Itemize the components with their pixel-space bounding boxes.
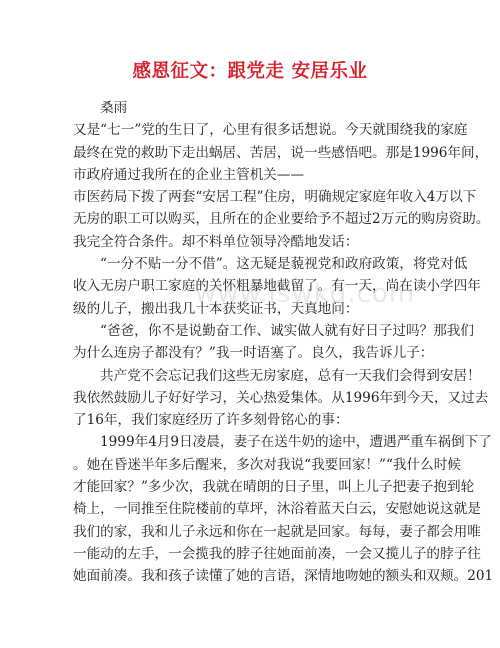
text-line: 市政府通过我所在的企业主管机关—— bbox=[73, 164, 425, 186]
paragraph-lines: 又是“七一”党的生日了，心里有很多话想说。今天就围绕我的家庭最终在党的救助下走出… bbox=[73, 119, 425, 587]
text-line: “一分不贴一分不借”。这无疑是藐视党和政府政策，将党对低 bbox=[73, 253, 425, 275]
text-line: 我完全符合条件。却不料单位领导冷酷地发话： bbox=[73, 231, 425, 253]
text-line: 了16年，我们家庭经历了许多刻骨铭心的事： bbox=[73, 409, 425, 431]
text-line: 最终在党的救助下走出蜗居、苦居，说一些感悟吧。那是1996年间， bbox=[73, 142, 425, 164]
text-line: 她面前凑。我和孩子读懂了她的言语，深情地吻她的额头和双颊。201 bbox=[73, 565, 425, 587]
text-line: 收入无房户职工家庭的关怀粗暴地截留了。有一天，尚在读小学四年 bbox=[73, 275, 425, 297]
text-line: 椅上，一同推至住院楼前的草坪，沐浴着蓝天白云，安慰她说这就是 bbox=[73, 498, 425, 520]
document-body: 桑雨 又是“七一”党的生日了，心里有很多话想说。今天就围绕我的家庭最终在党的救助… bbox=[73, 97, 425, 588]
text-line: 才能回家？”多少次，我就在晴朗的日子里，叫上儿子把妻子抱到轮 bbox=[73, 476, 425, 498]
document-page: 感恩征文：跟党走 安居乐业 桑雨 又是“七一”党的生日了，心里有很多话想说。今天… bbox=[0, 0, 500, 648]
text-line: 一能动的左手，一会揽我的脖子往她面前凑，一会又揽儿子的脖子往 bbox=[73, 543, 425, 565]
text-line: 共产党不会忘记我们这些无房家庭，总有一天我们会得到安居！ bbox=[73, 365, 425, 387]
text-line: 1999年4月9日凌晨，妻子在送牛奶的途中，遭遇严重车祸倒下了 bbox=[73, 431, 425, 453]
document-title: 感恩征文：跟党走 安居乐业 bbox=[0, 59, 500, 85]
text-line: 无房的职工可以购买，且所在的企业要给予不超过2万元的购房资助。 bbox=[73, 208, 425, 230]
text-line: 市医药局下拨了两套“安居工程”住房，明确规定家庭年收入4万以下 bbox=[73, 186, 425, 208]
text-line: 为什么连房子都没有？”我一时语塞了。良久，我告诉儿子： bbox=[73, 342, 425, 364]
text-line: 。她在昏迷半年多后醒来，多次对我说“我要回家！”“我什么时候 bbox=[73, 454, 425, 476]
text-line: 我们的家，我和儿子永远和你在一起就是回家。每每，妻子都会用唯 bbox=[73, 521, 425, 543]
text-line: “爸爸，你不是说勤奋工作、诚实做人就有好日子过吗？那我们 bbox=[73, 320, 425, 342]
text-line: 又是“七一”党的生日了，心里有很多话想说。今天就围绕我的家庭 bbox=[73, 119, 425, 141]
author-name: 桑雨 bbox=[73, 97, 425, 119]
text-line: 我依然鼓励儿子好好学习，关心热爱集体。从1996年到今天，又过去 bbox=[73, 387, 425, 409]
text-line: 级的儿子，搬出我几十本获奖证书，天真地问： bbox=[73, 298, 425, 320]
